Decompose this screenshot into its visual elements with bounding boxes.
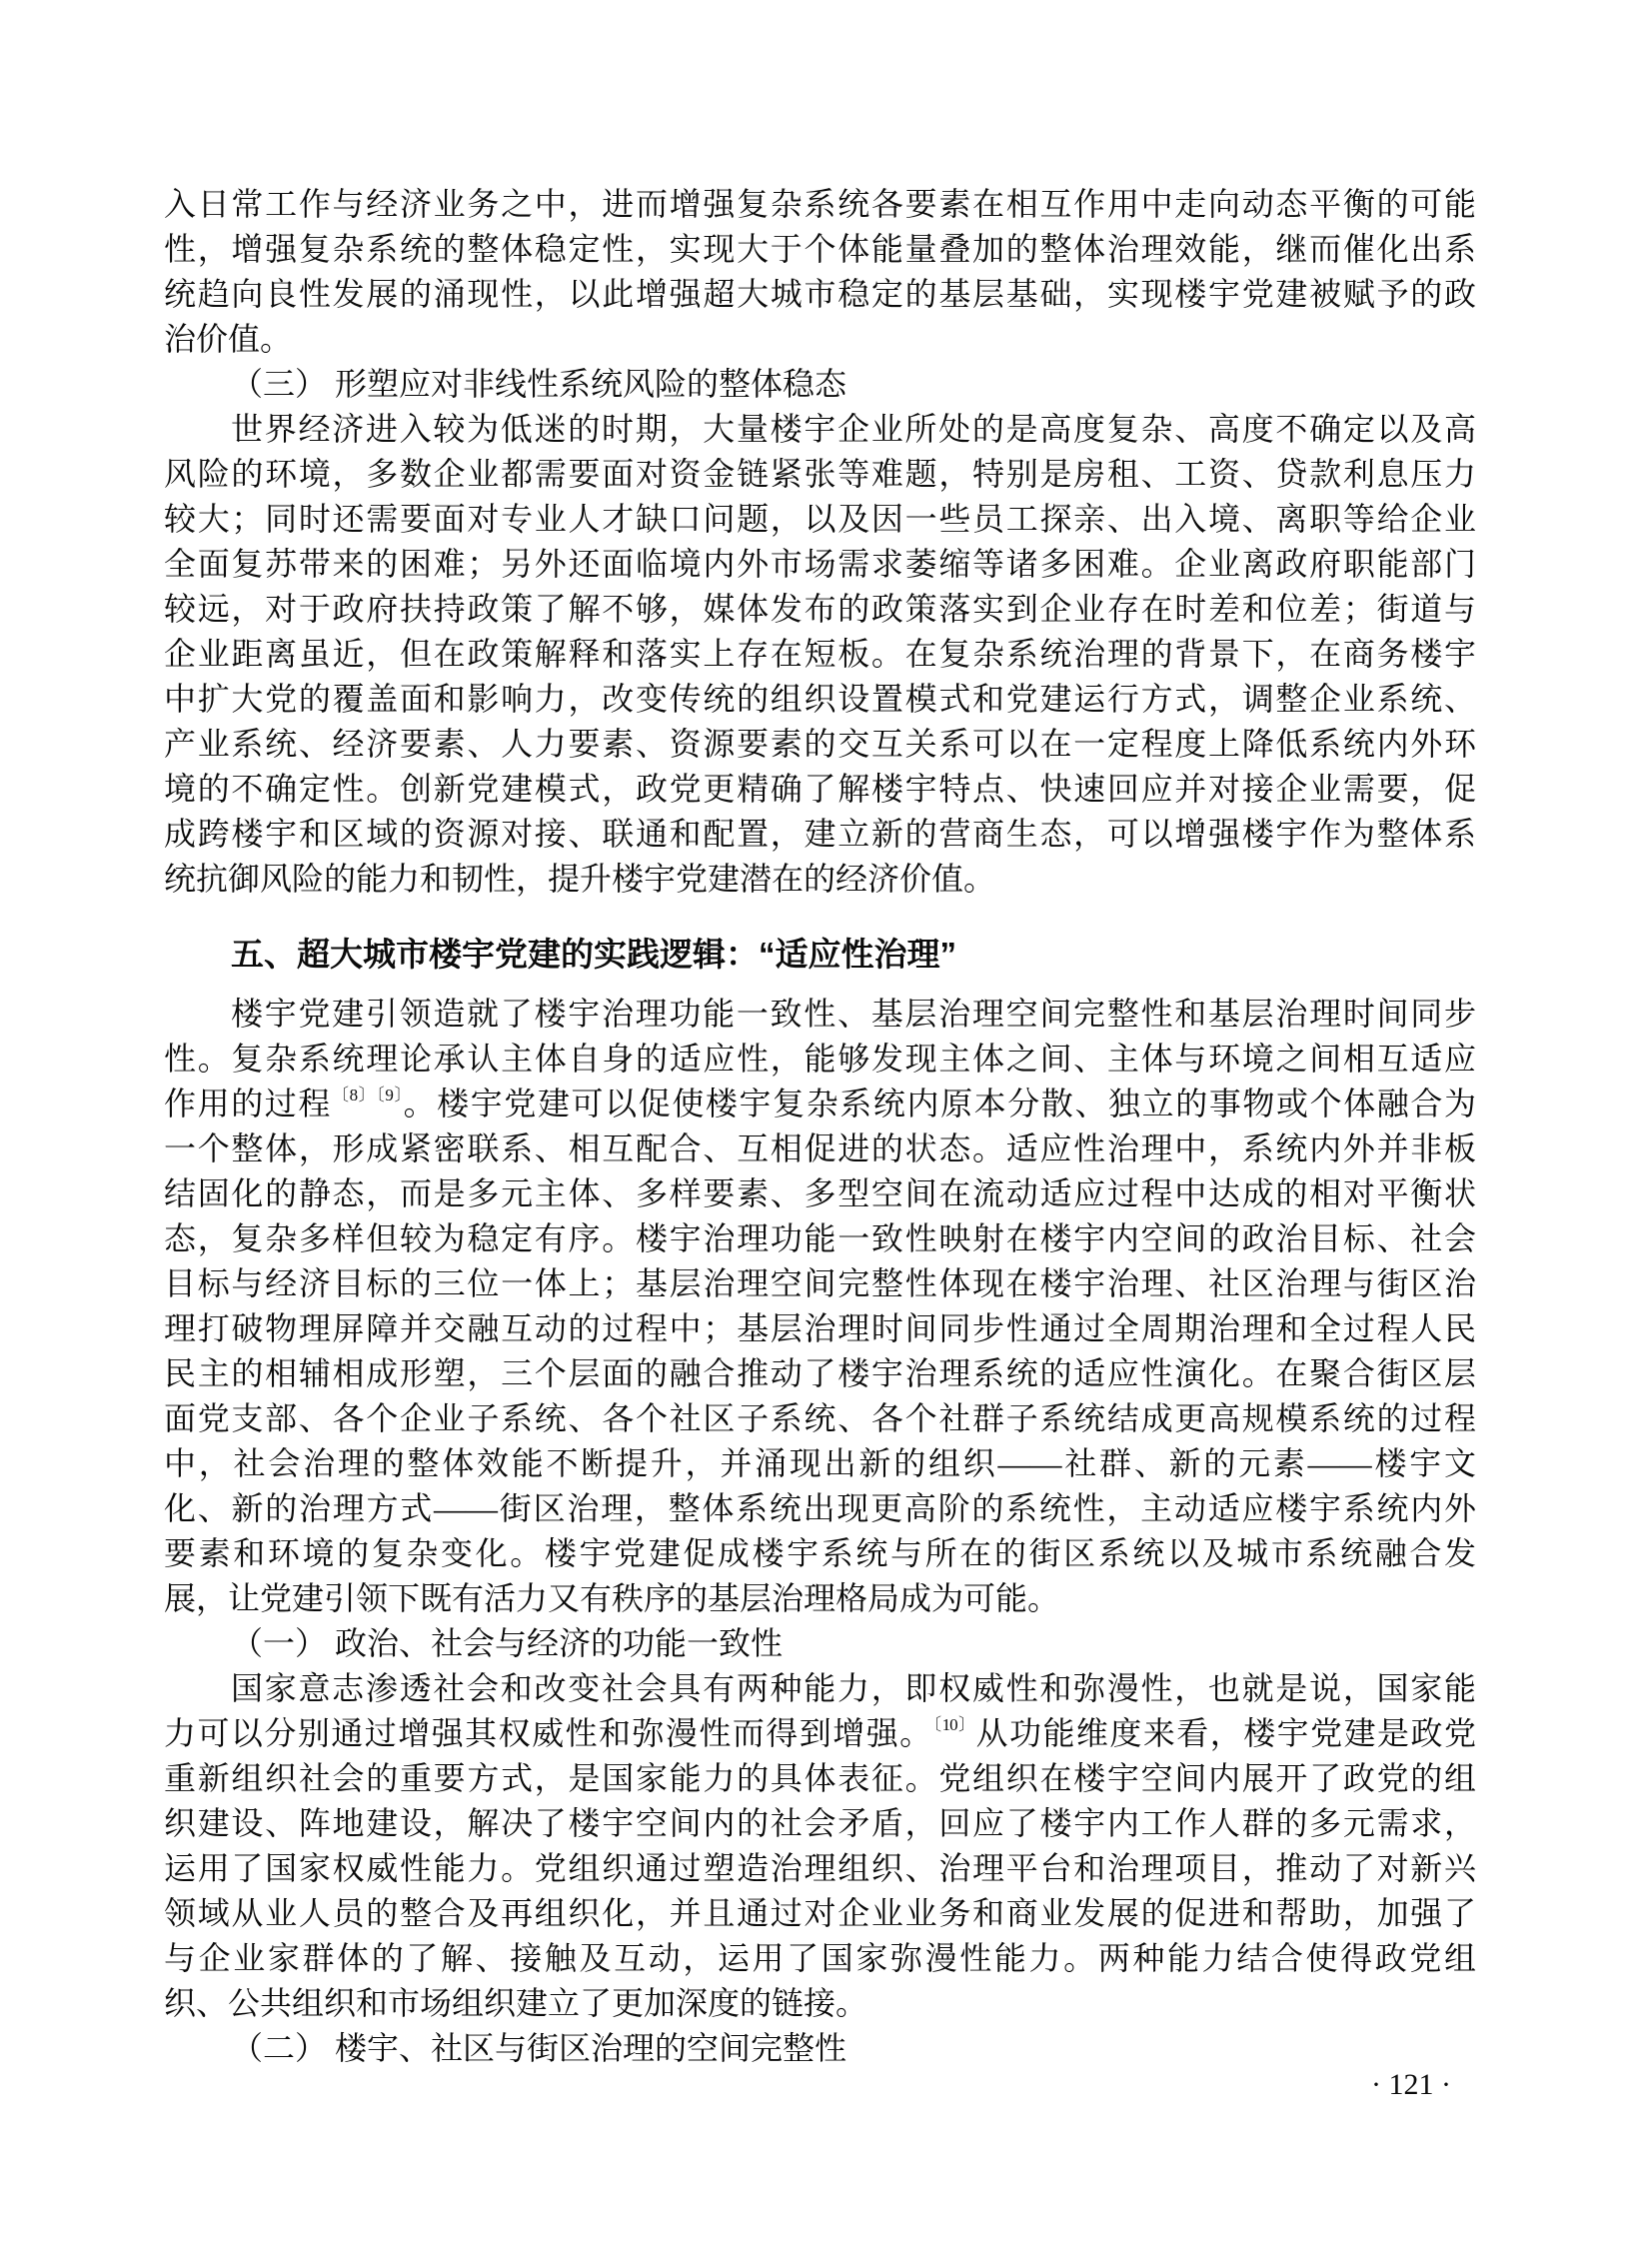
text-line: 中扩大党的覆盖面和影响力，改变传统的组织设置模式和党建运行方式，调整企业系统、 [164, 677, 1476, 722]
text-line: 风险的环境，多数企业都需要面对资金链紧张等难题，特别是房租、工资、贷款利息压力 [164, 452, 1476, 497]
text-line: 性，增强复杂系统的整体稳定性，实现大于个体能量叠加的整体治理效能，继而催化出系 [164, 227, 1476, 272]
paragraph: 世界经济进入较为低迷的时期，大量楼宇企业所处的是高度复杂、高度不确定以及高风险的… [164, 407, 1476, 902]
paragraph: 楼宇党建引领造就了楼宇治理功能一致性、基层治理空间完整性和基层治理时间同步性。复… [164, 992, 1476, 1621]
text-line: 化、新的治理方式——街区治理，整体系统出现更高阶的系统性，主动适应楼宇系统内外 [164, 1486, 1476, 1531]
footnote-ref: 〔10〕 [933, 1715, 976, 1734]
text-line: 理打破物理屏障并交融互动的过程中；基层治理时间同步性通过全周期治理和全过程人民 [164, 1306, 1476, 1351]
section-heading: 五、超大城市楼宇党建的实践逻辑：“适应性治理” [164, 932, 1476, 977]
text-line: 力可以分别通过增强其权威性和弥漫性而得到增强。〔10〕从功能维度来看，楼宇党建是… [164, 1711, 1476, 1756]
text-line: 治价值。 [164, 317, 1476, 362]
text-line: 领域从业人员的整合及再组织化，并且通过对企业业务和商业发展的促进和帮助，加强了 [164, 1891, 1476, 1936]
item-heading: （一） 政治、社会与经济的功能一致性 [164, 1621, 1476, 1666]
text-line: 楼宇党建引领造就了楼宇治理功能一致性、基层治理空间完整性和基层治理时间同步 [164, 992, 1476, 1037]
text-line: 统抗御风险的能力和韧性，提升楼宇党建潜在的经济价值。 [164, 857, 1476, 902]
page-number: · 121 · [1371, 2062, 1451, 2107]
footnote-ref: 〔8〕〔9〕 [332, 1086, 404, 1105]
text-line: 作用的过程〔8〕〔9〕。楼宇党建可以促使楼宇复杂系统内原本分散、独立的事物或个体… [164, 1082, 1476, 1126]
text-line: 中，社会治理的整体效能不断提升，并涌现出新的组织——社群、新的元素——楼宇文 [164, 1441, 1476, 1486]
text-line: 织建设、阵地建设，解决了楼宇空间内的社会矛盾，回应了楼宇内工作人群的多元需求， [164, 1801, 1476, 1846]
paragraph: 国家意志渗透社会和改变社会具有两种能力，即权威性和弥漫性，也就是说，国家能力可以… [164, 1666, 1476, 2026]
text-line: 与企业家群体的了解、接触及互动，运用了国家弥漫性能力。两种能力结合使得政党组 [164, 1936, 1476, 1981]
text-line: 性。复杂系统理论承认主体自身的适应性，能够发现主体之间、主体与环境之间相互适应 [164, 1037, 1476, 1082]
text-line: 运用了国家权威性能力。党组织通过塑造治理组织、治理平台和治理项目，推动了对新兴 [164, 1846, 1476, 1891]
item-heading: （二） 楼宇、社区与街区治理的空间完整性 [164, 2026, 1476, 2071]
text-line: 国家意志渗透社会和改变社会具有两种能力，即权威性和弥漫性，也就是说，国家能 [164, 1666, 1476, 1711]
paragraph: 入日常工作与经济业务之中，进而增强复杂系统各要素在相互作用中走向动态平衡的可能性… [164, 182, 1476, 362]
text-line: 境的不确定性。创新党建模式，政党更精确了解楼宇特点、快速回应并对接企业需要，促 [164, 767, 1476, 812]
text-line: 目标与经济目标的三位一体上；基层治理空间完整性体现在楼宇治理、社区治理与街区治 [164, 1261, 1476, 1306]
item-heading: （三） 形塑应对非线性系统风险的整体稳态 [164, 362, 1476, 407]
text-line: 产业系统、经济要素、人力要素、资源要素的交互关系可以在一定程度上降低系统内外环 [164, 722, 1476, 767]
text-line: 统趋向良性发展的涌现性，以此增强超大城市稳定的基层基础，实现楼宇党建被赋予的政 [164, 272, 1476, 317]
text-line: 要素和环境的复杂变化。楼宇党建促成楼宇系统与所在的街区系统以及城市系统融合发 [164, 1531, 1476, 1576]
text-line: 较大；同时还需要面对专业人才缺口问题，以及因一些员工探亲、出入境、离职等给企业 [164, 497, 1476, 542]
page: 入日常工作与经济业务之中，进而增强复杂系统各要素在相互作用中走向动态平衡的可能性… [0, 0, 1652, 2243]
text-line: 世界经济进入较为低迷的时期，大量楼宇企业所处的是高度复杂、高度不确定以及高 [164, 407, 1476, 452]
article-content: 入日常工作与经济业务之中，进而增强复杂系统各要素在相互作用中走向动态平衡的可能性… [164, 182, 1476, 2071]
text-line: 态，复杂多样但较为稳定有序。楼宇治理功能一致性映射在楼宇内空间的政治目标、社会 [164, 1216, 1476, 1261]
text-line: 成跨楼宇和区域的资源对接、联通和配置，建立新的营商生态，可以增强楼宇作为整体系 [164, 812, 1476, 857]
text-line: 一个整体，形成紧密联系、相互配合、互相促进的状态。适应性治理中，系统内外并非板 [164, 1126, 1476, 1171]
text-line: 全面复苏带来的困难；另外还面临境内外市场需求萎缩等诸多困难。企业离政府职能部门 [164, 542, 1476, 587]
text-line: 织、公共组织和市场组织建立了更加深度的链接。 [164, 1981, 1476, 2026]
text-line: 民主的相辅相成形塑，三个层面的融合推动了楼宇治理系统的适应性演化。在聚合街区层 [164, 1351, 1476, 1396]
text-line: 入日常工作与经济业务之中，进而增强复杂系统各要素在相互作用中走向动态平衡的可能 [164, 182, 1476, 227]
text-line: 面党支部、各个企业子系统、各个社区子系统、各个社群子系统结成更高规模系统的过程 [164, 1396, 1476, 1441]
text-line: 结固化的静态，而是多元主体、多样要素、多型空间在流动适应过程中达成的相对平衡状 [164, 1171, 1476, 1216]
text-line: 较远，对于政府扶持政策了解不够，媒体发布的政策落实到企业存在时差和位差；街道与 [164, 587, 1476, 632]
text-line: 展，让党建引领下既有活力又有秩序的基层治理格局成为可能。 [164, 1576, 1476, 1621]
text-line: 重新组织社会的重要方式，是国家能力的具体表征。党组织在楼宇空间内展开了政党的组 [164, 1756, 1476, 1801]
text-line: 企业距离虽近，但在政策解释和落实上存在短板。在复杂系统治理的背景下，在商务楼宇 [164, 632, 1476, 677]
